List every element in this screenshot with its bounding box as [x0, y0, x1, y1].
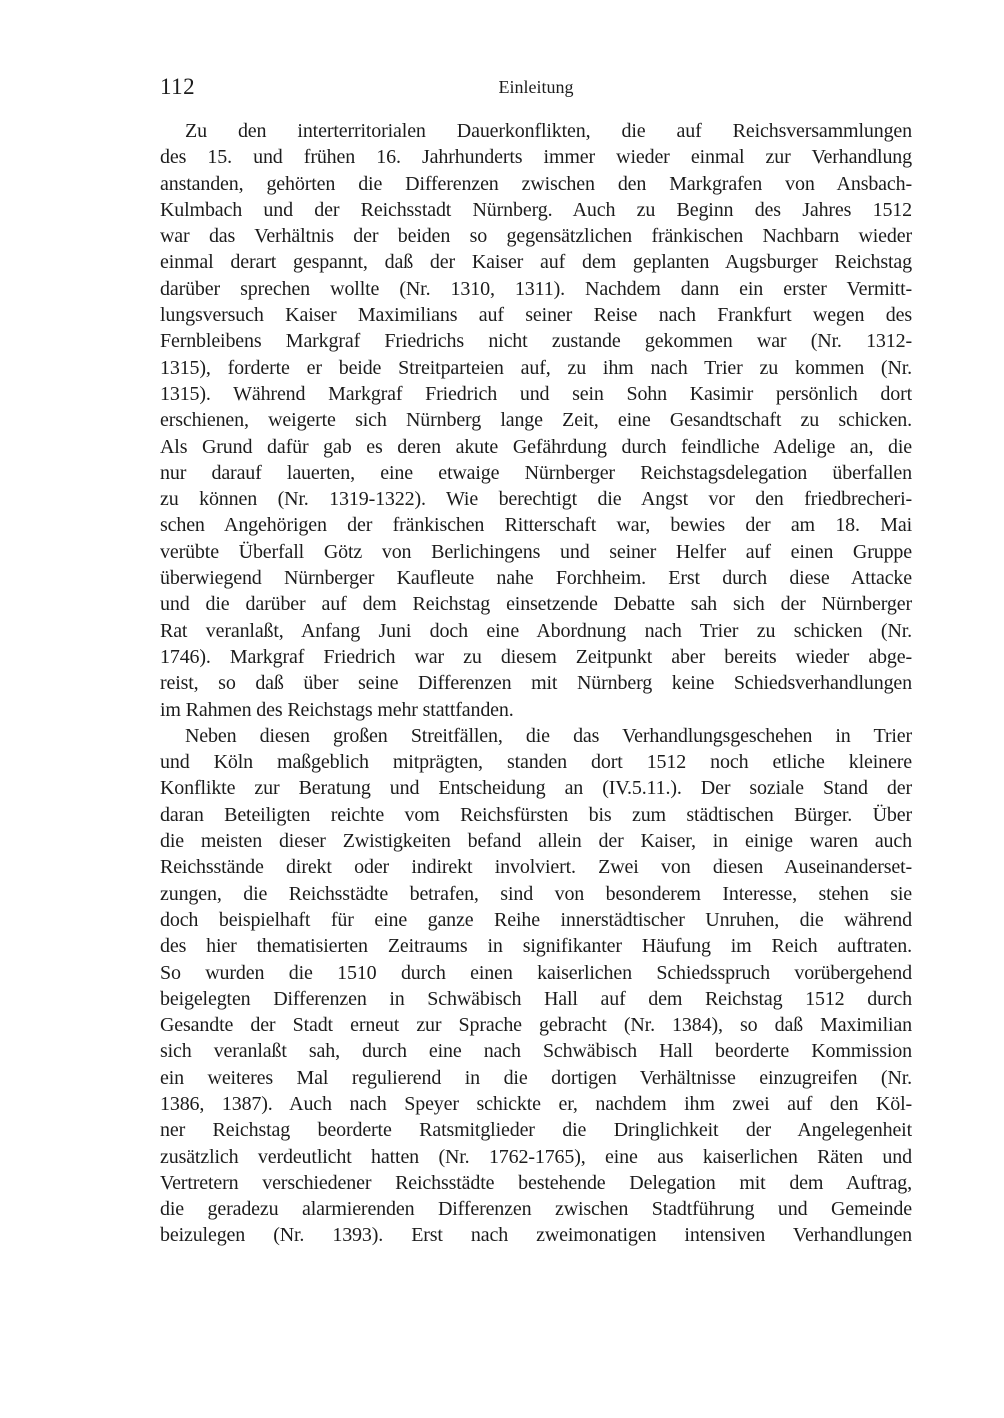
text-line: So wurden die 1510 durch einen kaiserlic… — [160, 960, 912, 986]
text-line: daran Beteiligten reichte vom Reichsfürs… — [160, 802, 912, 828]
text-line: nur darauf lauerten, eine etwaige Nürnbe… — [160, 460, 912, 486]
text-line: sich veranlaßt sah, durch eine nach Schw… — [160, 1038, 912, 1064]
text-line: Fernbleibens Markgraf Friedrichs nicht z… — [160, 328, 912, 354]
page-header: 112 Einleitung — [160, 74, 912, 102]
text-line: doch beispielhaft für eine ganze Reihe i… — [160, 907, 912, 933]
text-line: überwiegend Nürnberger Kaufleute nahe Fo… — [160, 565, 912, 591]
text-line: und die darüber auf dem Reichstag einset… — [160, 591, 912, 617]
text-line: reist, so daß über seine Differenzen mit… — [160, 670, 912, 696]
text-line: Konflikte zur Beratung und Entscheidung … — [160, 775, 912, 801]
text-line: Als Grund dafür gab es deren akute Gefäh… — [160, 434, 912, 460]
text-line: Neben diesen großen Streitfällen, die da… — [160, 723, 912, 749]
text-line: 1746). Markgraf Friedrich war zu diesem … — [160, 644, 912, 670]
text-line: verübte Überfall Götz von Berlichingens … — [160, 539, 912, 565]
text-line: lungsversuch Kaiser Maximilians auf sein… — [160, 302, 912, 328]
book-page: 112 Einleitung Zu den interterritorialen… — [0, 0, 1004, 1418]
text-line: Gesandte der Stadt erneut zur Sprache ge… — [160, 1012, 912, 1038]
text-line: und Köln maßgeblich mitprägten, standen … — [160, 749, 912, 775]
text-block: Zu den interterritorialen Dauerkonflikte… — [160, 118, 912, 1249]
text-line: im Rahmen des Reichstags mehr stattfande… — [160, 697, 912, 723]
text-line: die geradezu alarmierenden Differenzen z… — [160, 1196, 912, 1222]
text-line: beigelegten Differenzen in Schwäbisch Ha… — [160, 986, 912, 1012]
text-line: Zu den interterritorialen Dauerkonflikte… — [160, 118, 912, 144]
text-line: schen Angehörigen der fränkischen Ritter… — [160, 512, 912, 538]
text-line: ein weiteres Mal regulierend in die dort… — [160, 1065, 912, 1091]
text-line: 1386, 1387). Auch nach Speyer schickte e… — [160, 1091, 912, 1117]
text-line: zusätzlich verdeutlicht hatten (Nr. 1762… — [160, 1144, 912, 1170]
text-line: Vertretern verschiedener Reichsstädte be… — [160, 1170, 912, 1196]
text-line: 1315). Während Markgraf Friedrich und se… — [160, 381, 912, 407]
text-line: zu können (Nr. 1319-1322). Wie berechtig… — [160, 486, 912, 512]
text-line: darüber sprechen wollte (Nr. 1310, 1311)… — [160, 276, 912, 302]
text-line: war das Verhältnis der beiden so gegensä… — [160, 223, 912, 249]
text-line: Kulmbach und der Reichsstadt Nürnberg. A… — [160, 197, 912, 223]
text-line: 1315), forderte er beide Streitparteien … — [160, 355, 912, 381]
text-line: Reichsstände direkt oder indirekt involv… — [160, 854, 912, 880]
text-line: beizulegen (Nr. 1393). Erst nach zweimon… — [160, 1222, 912, 1248]
text-line: die meisten dieser Zwistigkeiten befand … — [160, 828, 912, 854]
text-line: zungen, die Reichsstädte betrafen, sind … — [160, 881, 912, 907]
text-line: erschienen, weigerte sich Nürnberg lange… — [160, 407, 912, 433]
text-line: anstanden, gehörten die Differenzen zwis… — [160, 171, 912, 197]
text-line: Rat veranlaßt, Anfang Juni doch eine Abo… — [160, 618, 912, 644]
text-line: des hier thematisierten Zeitraums in sig… — [160, 933, 912, 959]
text-line: einmal derart gespannt, daß der Kaiser a… — [160, 249, 912, 275]
text-line: des 15. und frühen 16. Jahrhunderts imme… — [160, 144, 912, 170]
running-head: Einleitung — [160, 77, 912, 98]
text-line: ner Reichstag beorderte Ratsmitglieder d… — [160, 1117, 912, 1143]
